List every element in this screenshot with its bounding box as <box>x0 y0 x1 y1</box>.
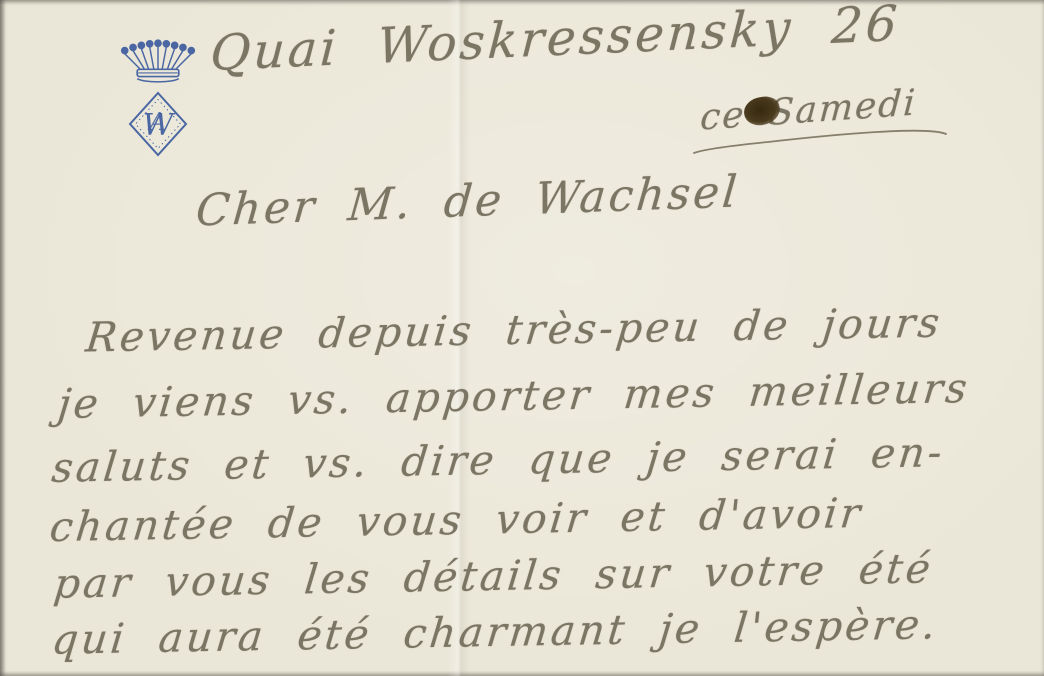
body-line: qui aura été charmant je l'espère. <box>50 600 941 664</box>
body-line: par vous les détails sur votre été <box>52 544 936 607</box>
salutation: Cher M. de Wachsel <box>194 166 742 236</box>
address-line: Quai Woskressensky 26 <box>209 0 902 82</box>
flourish-underline <box>688 120 956 162</box>
body-line: chantée de vous voir et d'avoir <box>48 489 866 551</box>
monogram-letter-a: A <box>147 108 166 136</box>
letter-page: W A Quai Woskressensky 26 ce Samedi Cher… <box>0 0 1044 676</box>
crest: W A <box>108 36 208 158</box>
body-line: je viens vs. apporter mes meilleurs <box>56 364 973 428</box>
monogram-lozenge: W A <box>128 90 188 158</box>
body-line: Revenue depuis très-peu de jours <box>84 298 945 361</box>
body-line: saluts et vs. dire que je serai en- <box>50 428 948 492</box>
crown-icon <box>116 36 200 88</box>
